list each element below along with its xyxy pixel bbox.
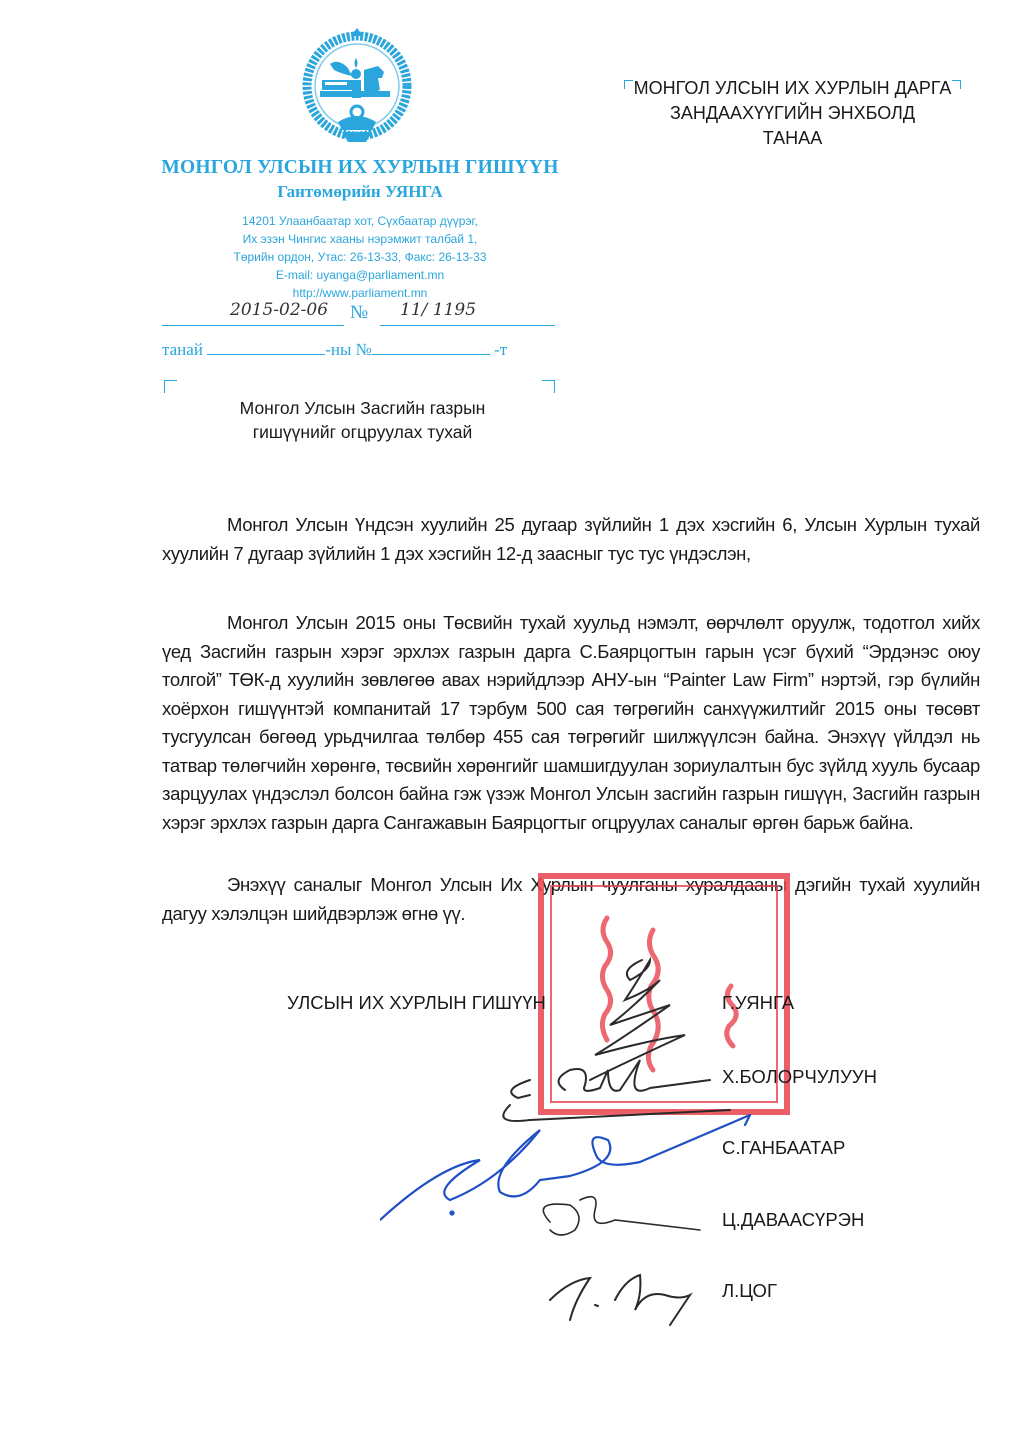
address-line: Их эзэн Чингис хааны нэрэмжит талбай 1, [150, 230, 570, 248]
signer-name: Ц.ДАВААСҮРЭН [722, 1209, 864, 1231]
reply-number-sign: № [356, 340, 372, 359]
reference-number-sign: № [350, 302, 368, 324]
reference-number: 11/ 1195 [400, 300, 476, 320]
reference-line: 2015-02-06 № 11/ 1195 [162, 300, 555, 326]
signer-name: Г.УЯНГА [722, 992, 794, 1014]
reference-number-rule [380, 325, 555, 326]
mongolia-state-emblem-icon [298, 28, 416, 148]
reply-date-blank [207, 342, 325, 355]
address-line: 14201 Улаанбаатар хот, Сүхбаатар дүүрэг, [150, 212, 570, 230]
addressee-corner-left-mark [624, 80, 633, 89]
letterhead-address: 14201 Улаанбаатар хот, Сүхбаатар дүүрэг,… [150, 212, 570, 302]
reply-suffix: -т [494, 340, 507, 359]
subject-corner-left-mark [164, 380, 177, 393]
signer-name: С.ГАНБААТАР [722, 1137, 845, 1159]
subject-corner-right-mark [542, 380, 555, 393]
signer-name: Х.БОЛОРЧУЛУУН [722, 1066, 877, 1088]
subject-line: гишүүнийг огцруулах тухай [150, 420, 575, 444]
addressee-block: МОНГОЛ УЛСЫН ИХ ХУРЛЫН ДАРГА ЗАНДААХҮҮГИ… [600, 76, 985, 151]
addressee-title: МОНГОЛ УЛСЫН ИХ ХУРЛЫН ДАРГА [634, 78, 952, 98]
subject-line: Монгол Улсын Засгийн газрын [150, 396, 575, 420]
reply-reference-line: танай -ны № -т [162, 340, 560, 360]
reference-date-rule [162, 325, 344, 326]
reference-date: 2015-02-06 [230, 300, 328, 320]
addressee-corner-right-mark [952, 80, 961, 89]
addressee-name: ЗАНДААХҮҮГИЙН ЭНХБОЛД [600, 101, 985, 126]
reply-prefix: танай [162, 340, 203, 359]
reply-mid: -ны [325, 340, 351, 359]
addressee-line: МОНГОЛ УЛСЫН ИХ ХУРЛЫН ДАРГА [624, 76, 962, 101]
signature-role: УЛСЫН ИХ ХУРЛЫН ГИШҮҮН [287, 992, 546, 1014]
letterhead-org-title: МОНГОЛ УЛСЫН ИХ ХУРЛЫН ГИШҮҮН [150, 157, 570, 179]
signer-name: Л.ЦОГ [722, 1280, 777, 1302]
letterhead-email: E-mail: uyanga@parliament.mn [150, 266, 570, 284]
reply-number-blank [372, 342, 490, 355]
letterhead-member-name: Гантөмөрийн УЯНГА [150, 182, 570, 202]
addressee-suffix: ТАНАА [600, 126, 985, 151]
address-line: Төрийн ордон, Утас: 26-13-33, Факс: 26-1… [150, 248, 570, 266]
body-paragraph: Монгол Улсын Үндсэн хуулийн 25 дугаар зү… [162, 511, 980, 568]
body-paragraph: Монгол Улсын 2015 оны Төсвийн тухай хуул… [162, 609, 980, 837]
letter-subject: Монгол Улсын Засгийн газрын гишүүнийг ог… [150, 396, 575, 444]
